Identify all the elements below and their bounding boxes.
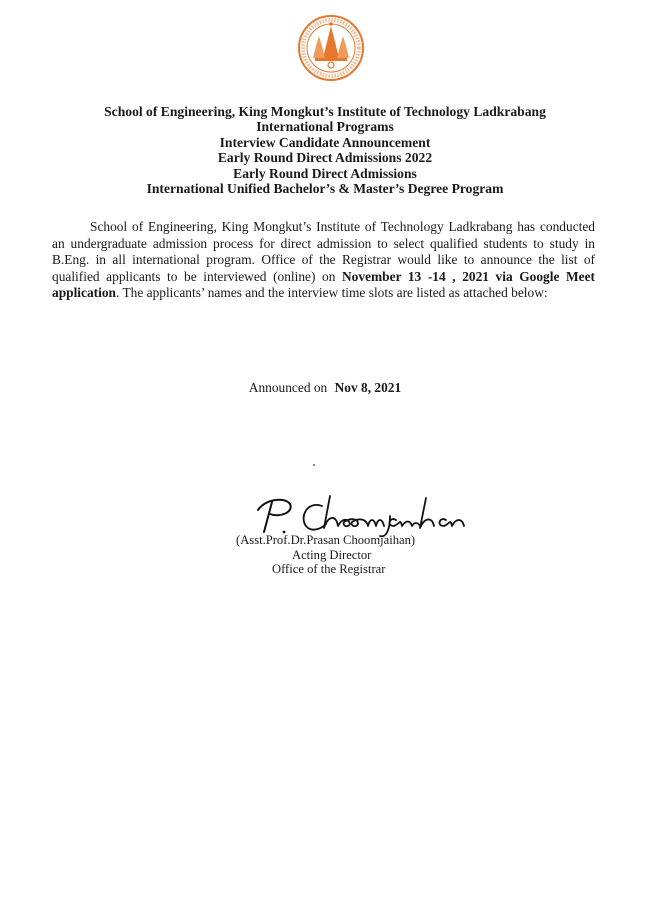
announcement-heading: School of Engineering, King Mongkut’s In… (0, 104, 650, 196)
heading-programs: International Programs (0, 119, 650, 134)
stray-mark (313, 464, 315, 466)
heading-institution: School of Engineering, King Mongkut’s In… (0, 104, 650, 119)
signatory-office: Office of the Registrar (236, 562, 436, 577)
signatory-title: Acting Director (236, 548, 436, 563)
signatory-block: (Asst.Prof.Dr.Prasan Choomjaihan) Acting… (236, 533, 436, 577)
signatory-name: (Asst.Prof.Dr.Prasan Choomjaihan) (236, 533, 436, 548)
announced-label: Announced on (249, 380, 327, 395)
kmitl-seal-icon (297, 14, 365, 82)
body-outro: . The applicants’ names and the intervie… (116, 285, 548, 300)
handwritten-signature-icon (250, 490, 490, 538)
body-paragraph: School of Engineering, King Mongkut’s In… (52, 219, 595, 302)
heading-degree-program: International Unified Bachelor’s & Maste… (0, 181, 650, 196)
heading-round: Early Round Direct Admissions (0, 166, 650, 181)
heading-announcement-type: Interview Candidate Announcement (0, 135, 650, 150)
heading-round-year: Early Round Direct Admissions 2022 (0, 150, 650, 165)
announced-date: Nov 8, 2021 (335, 380, 402, 395)
announcement-date-line: Announced on Nov 8, 2021 (0, 380, 650, 396)
